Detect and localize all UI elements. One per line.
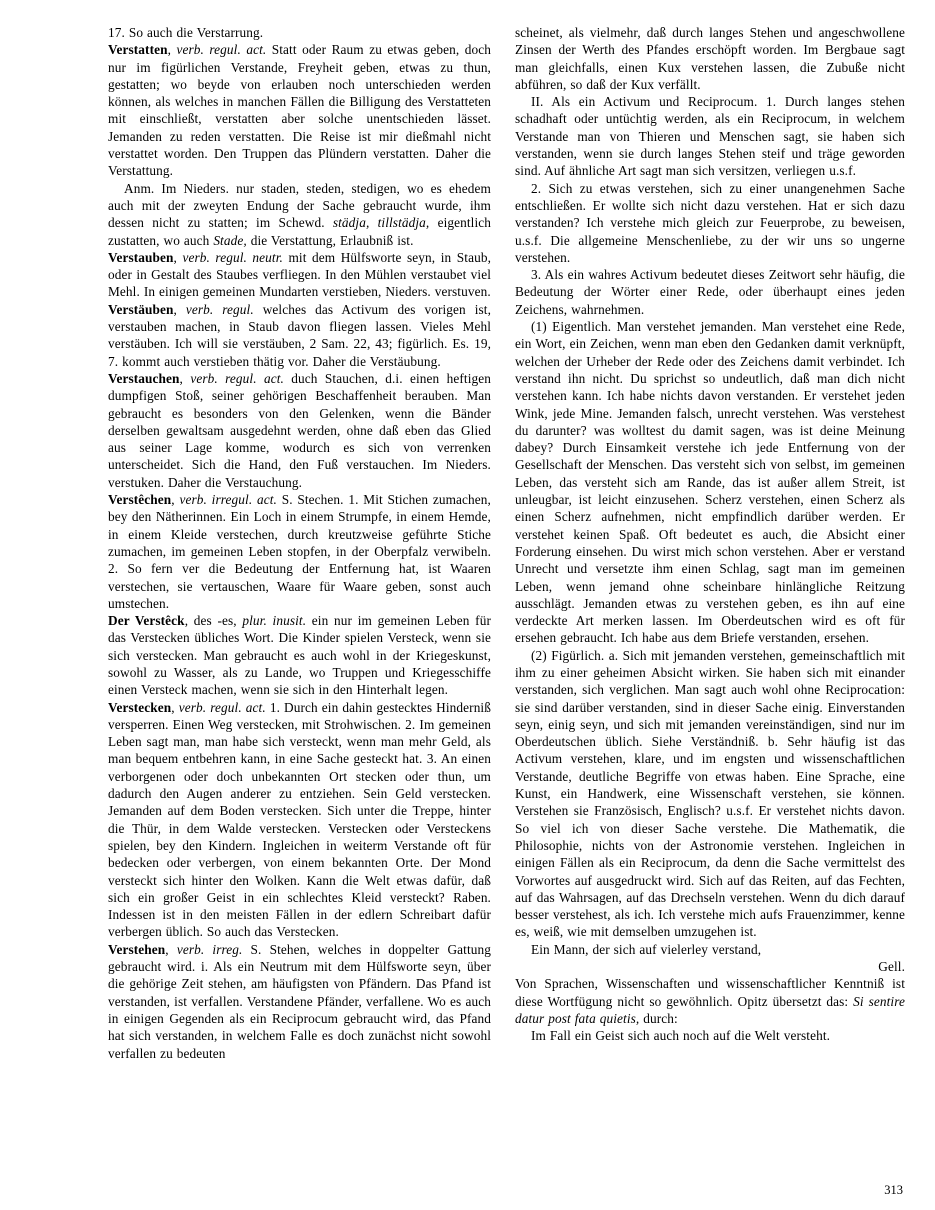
text-segment: II. Als ein Activum und Reciprocum. 1. D… xyxy=(515,94,905,178)
headword: Der Verstêck xyxy=(108,613,185,628)
text-segment: verb. regul. neutr. xyxy=(182,250,282,265)
headword: Verstehen xyxy=(108,942,165,957)
text-segment: Stade, xyxy=(213,233,246,248)
text-segment: plur. inusit. xyxy=(242,613,306,628)
headword: Verstauchen xyxy=(108,371,180,386)
text-segment: durch: xyxy=(639,1011,678,1026)
entry-verstarrung-tail: 17. So auch die Verstarrung. xyxy=(108,24,491,41)
text-segment: 2. Sich zu etwas verstehen, sich zu eine… xyxy=(515,181,905,265)
entry-verstauchen: Verstauchen, verb. regul. act. duch Stau… xyxy=(108,370,491,491)
text-segment: , des -es, xyxy=(185,613,243,628)
verstehen-continuation: scheinet, als vielmehr, daß durch langes… xyxy=(515,24,905,93)
text-segment: , xyxy=(165,942,177,957)
text-segment: Statt oder Raum zu etwas geben, doch nur… xyxy=(108,42,491,178)
entry-verstehen: Verstehen, verb. irreg. S. Stehen, welch… xyxy=(108,941,491,1062)
text-segment: verb. irregul. act. xyxy=(179,492,276,507)
text-segment: , xyxy=(174,302,186,317)
text-segment: Gell. xyxy=(878,959,905,974)
closing-verse: Im Fall ein Geist sich auch noch auf die… xyxy=(515,1027,905,1044)
text-segment: städja, tillstädja, xyxy=(333,215,429,230)
text-segment: verb. regul. act. xyxy=(190,371,284,386)
verstehen-section-2: II. Als ein Activum und Reciprocum. 1. D… xyxy=(515,93,905,179)
text-segment: Ein Mann, der sich auf vielerley verstan… xyxy=(531,942,761,957)
verstehen-sense-3: 3. Als ein wahres Activum bedeutet diese… xyxy=(515,266,905,318)
headword: Verstatten xyxy=(108,42,168,57)
page-number: 313 xyxy=(884,1183,903,1198)
verstehen-sense-2: 2. Sich zu etwas verstehen, sich zu eine… xyxy=(515,180,905,266)
text-segment: Im Fall ein Geist sich auch noch auf die… xyxy=(531,1028,830,1043)
right-column: scheinet, als vielmehr, daß durch langes… xyxy=(515,24,905,1062)
text-segment: Von Sprachen, Wissenschaften und wissens… xyxy=(515,976,905,1008)
text-segment: duch Stauchen, d.i. einen heftigen dumpf… xyxy=(108,371,491,490)
text-segment: verb. irreg. xyxy=(177,942,243,957)
text-segment: verb. regul. act. xyxy=(176,42,266,57)
text-segment: verb. regul. xyxy=(186,302,254,317)
text-segment: scheinet, als vielmehr, daß durch langes… xyxy=(515,25,905,92)
text-segment: 1. Durch ein dahin gestecktes Hinderniß … xyxy=(108,700,491,940)
text-segment: 17. So auch die Verstarrung. xyxy=(108,25,263,40)
left-column: 17. So auch die Verstarrung.Verstatten, … xyxy=(108,24,491,1062)
anm-verstatten: Anm. Im Nieders. nur staden, steden, ste… xyxy=(108,180,491,249)
text-segment: die Verstattung, Erlaubniß ist. xyxy=(247,233,414,248)
headword: Verstecken xyxy=(108,700,171,715)
entry-verstechen: Verstêchen, verb. irregul. act. S. Stech… xyxy=(108,491,491,612)
closing-remark: Von Sprachen, Wissenschaften und wissens… xyxy=(515,975,905,1027)
entry-verstatten: Verstatten, verb. regul. act. Statt oder… xyxy=(108,41,491,179)
entry-verstauben: Verstauben, verb. regul. neutr. mit dem … xyxy=(108,249,491,301)
entry-der-versteck: Der Verstêck, des -es, plur. inusit. ein… xyxy=(108,612,491,698)
text-segment: 3. Als ein wahres Activum bedeutet diese… xyxy=(515,267,905,317)
text-segment: (2) Figürlich. a. Sich mit jemanden vers… xyxy=(515,648,905,940)
verstehen-sense-3-2: (2) Figürlich. a. Sich mit jemanden vers… xyxy=(515,647,905,941)
headword: Verstäuben xyxy=(108,302,174,317)
text-segment: (1) Eigentlich. Man verstehet jemanden. … xyxy=(515,319,905,645)
entry-verstecken: Verstecken, verb. regul. act. 1. Durch e… xyxy=(108,699,491,941)
text-segment: , xyxy=(171,700,178,715)
verse-attribution: Gell. xyxy=(515,958,905,975)
headword: Verstauben xyxy=(108,250,174,265)
verstehen-sense-3-1: (1) Eigentlich. Man verstehet jemanden. … xyxy=(515,318,905,647)
entry-verstaeuben: Verstäuben, verb. regul. welches das Act… xyxy=(108,301,491,370)
text-segment: S. Stechen. 1. Mit Stichen zumachen, bey… xyxy=(108,492,491,611)
dictionary-page: 17. So auch die Verstarrung.Verstatten, … xyxy=(0,0,935,1210)
verse-quote: Ein Mann, der sich auf vielerley verstan… xyxy=(515,941,905,958)
text-segment: verb. regul. act. xyxy=(179,700,266,715)
text-segment: S. Stehen, welches in doppelter Gattung … xyxy=(108,942,491,1061)
text-columns: 17. So auch die Verstarrung.Verstatten, … xyxy=(108,24,905,1062)
text-segment: , xyxy=(180,371,191,386)
headword: Verstêchen xyxy=(108,492,171,507)
